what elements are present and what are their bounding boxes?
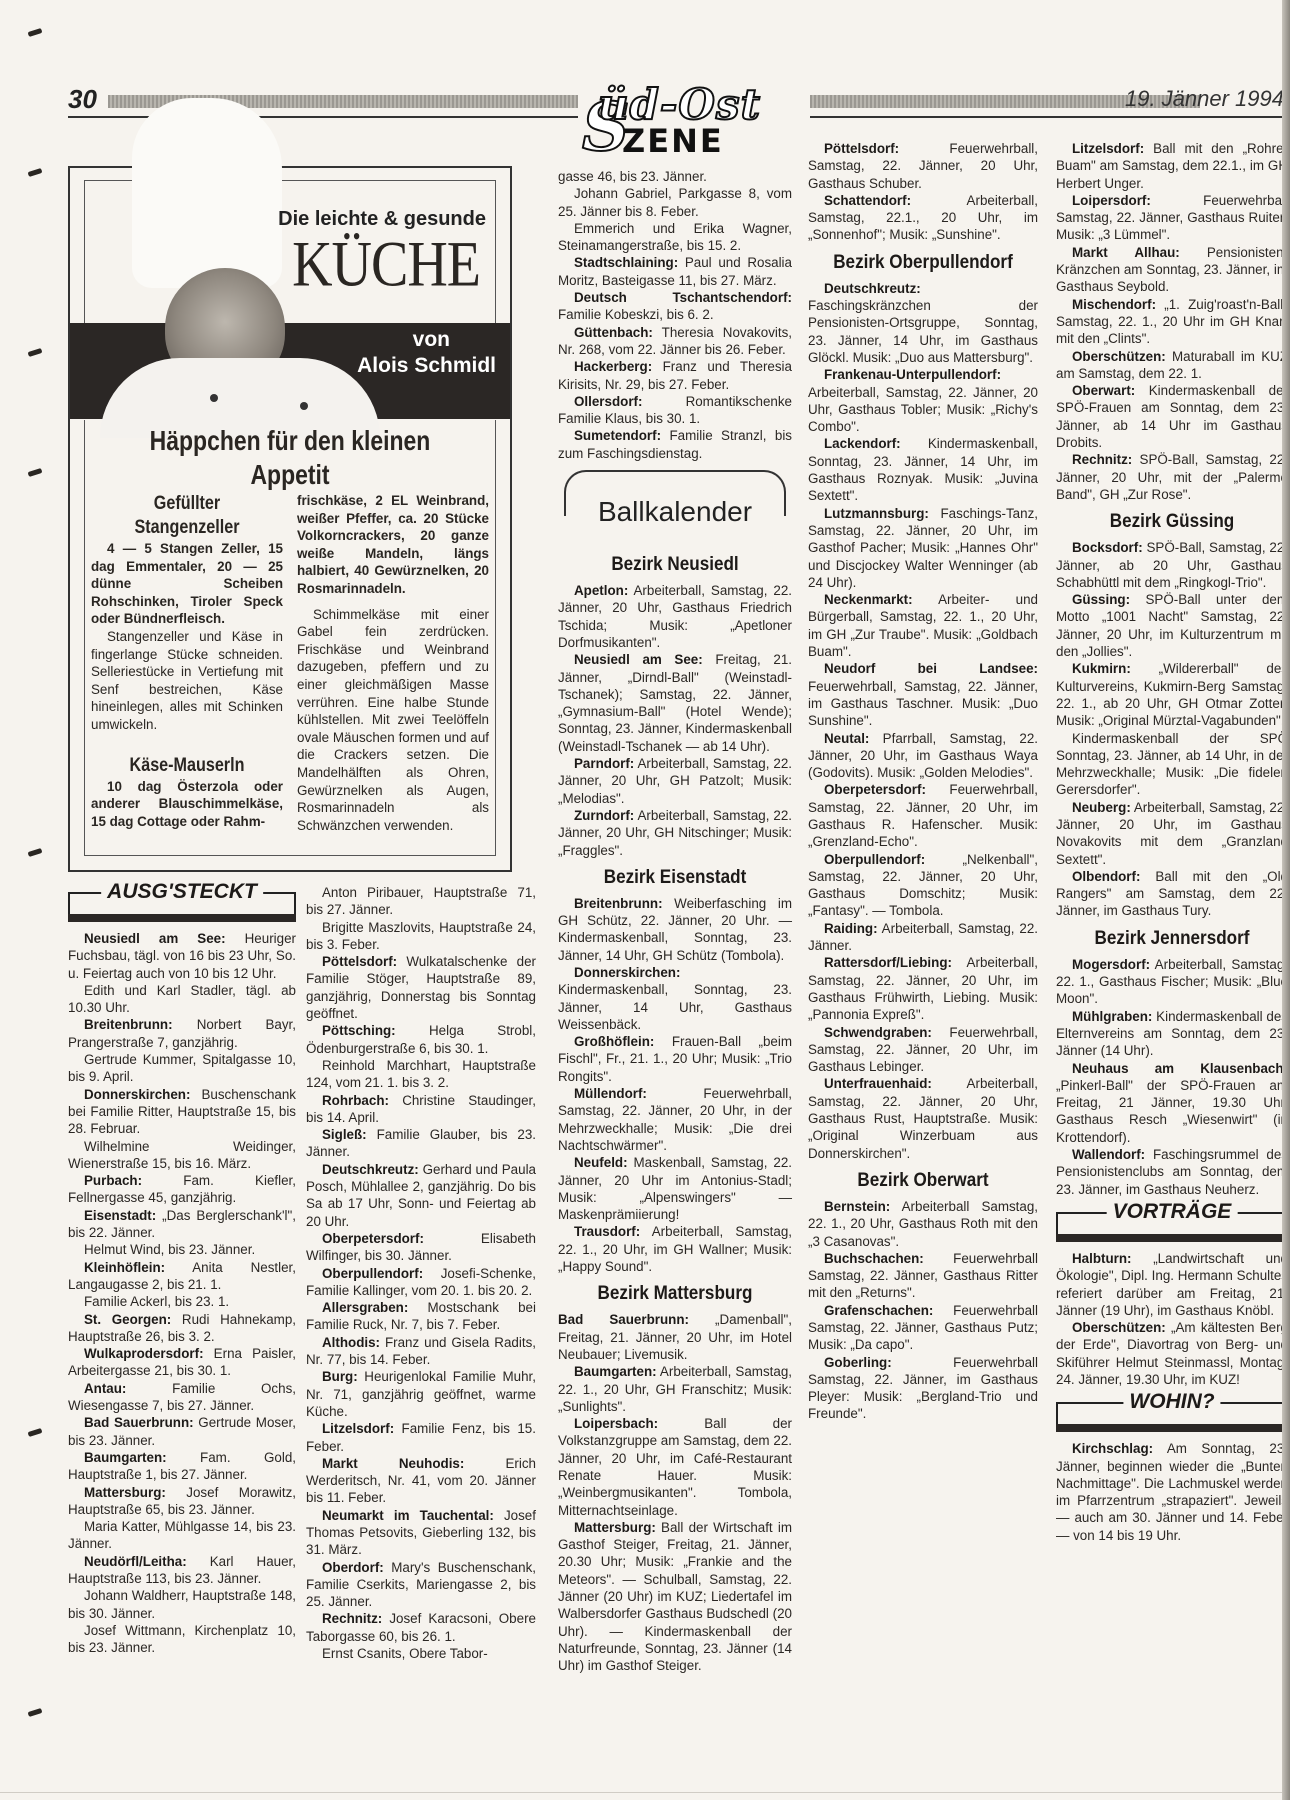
dish-ingredients: 10 dag Österzola oder anderer Blauschimm… — [91, 778, 283, 831]
listing-place: Rohrbach: — [322, 1093, 389, 1108]
dish-ingredients: 4 — 5 Stangen Zeller, 15 dag Emmentaler,… — [91, 540, 283, 628]
listing-place: Bernstein: — [824, 1199, 890, 1214]
listing-entry: Ernst Csanits, Obere Tabor- — [306, 1645, 536, 1662]
listing-place: Markt Allhau: — [1072, 245, 1180, 260]
recipe-column-1: Gefüllter Stangenzeller 4 — 5 Stangen Ze… — [91, 492, 283, 834]
listing-entry: Anton Piribauer, Hauptstraße 71, bis 27.… — [306, 884, 536, 919]
listing-place: Unterfrauenhaid: — [824, 1076, 932, 1091]
listing-place: Baumgarten: — [84, 1450, 167, 1465]
listing-place: Deutschkreutz: — [824, 281, 921, 296]
listing-place: Oberwart: — [1072, 383, 1135, 398]
listing-place: Großhöflein: — [574, 1034, 654, 1049]
listing-text: Ball der Wirtschaft im Gasthof Steiger, … — [558, 1520, 792, 1673]
listing-entry: Neusiedl am See: Freitag, 21. Jänner, „D… — [558, 651, 792, 755]
listing-place: Burg: — [322, 1369, 358, 1384]
listing-place: Buchschachen: — [824, 1251, 924, 1266]
listing-place: Kleinhöflein: — [84, 1260, 165, 1275]
binder-hole-mark — [28, 1428, 43, 1437]
listing-entry: Oberpullendorf: Josefi-Schenke, Familie … — [306, 1265, 536, 1300]
section-heading-ausgsteckt: AUSG'STECKT — [68, 882, 296, 922]
listing-place: Rechnitz: — [322, 1611, 382, 1626]
listing-place: Deutschkreutz: — [322, 1162, 419, 1177]
listing-entry: Schwendgraben: Feuerwehrball, Samstag, 2… — [808, 1024, 1038, 1076]
listing-place: Goberling: — [824, 1355, 892, 1370]
listing-text: „Pinkerl-Ball" der SPÖ-Frauen am Freitag… — [1056, 1078, 1288, 1145]
listing-place: Kirchschlag: — [1072, 1441, 1153, 1456]
listing-text: Am Sonntag, 23. Jänner, beginnen wieder … — [1056, 1441, 1288, 1542]
listing-entry: Eisenstadt: „Das Berglerschank'l", bis 2… — [68, 1207, 296, 1242]
district-heading: Bezirk Neusiedl — [570, 552, 781, 578]
listing-place: Deutsch Tschantschendorf: — [574, 290, 792, 305]
listing-entry: Burg: Heurigenlokal Familie Muhr, Nr. 71… — [306, 1368, 536, 1420]
listing-entry: Mischendorf: „1. Zuig'roast'n-Ball" Sams… — [1056, 296, 1288, 348]
binder-hole-mark — [28, 168, 43, 177]
listing-place: Raiding: — [824, 921, 878, 936]
listing-entry: Litzelsdorf: Familie Fenz, bis 15. Feber… — [306, 1420, 536, 1455]
listing-place: Mogersdorf: — [1072, 957, 1150, 972]
listing-place: Donnerskirchen: — [84, 1087, 190, 1102]
listing-place: Neusiedl am See: — [574, 652, 703, 667]
listing-entry: Unterfrauenhaid: Arbeiterball, Samstag, … — [808, 1075, 1038, 1161]
listing-entry: Raiding: Arbeiterball, Samstag, 22. Jänn… — [808, 920, 1038, 955]
listing-entry: Oberpetersdorf: Feuerwehrball, Samstag, … — [808, 781, 1038, 850]
section-heading-wohin: WOHIN? — [1056, 1392, 1288, 1432]
listing-text: Helmut Wind, bis 23. Jänner. — [84, 1242, 255, 1257]
listing-entry: Lutzmannsburg: Faschings-Tanz, Samstag, … — [808, 505, 1038, 591]
header-rule-left — [68, 116, 578, 118]
listing-place: Wallendorf: — [1072, 1147, 1145, 1162]
recipe-body: Häppchen für den kleinen Appetit Gefüllt… — [84, 420, 496, 856]
listing-text: Kindermaskenball der SPÖ Sonntag, 23. Jä… — [1056, 731, 1288, 798]
listing-text: Emmerich und Erika Wagner, Steinamangers… — [558, 221, 792, 253]
issue-date: 19. Jänner 1994 — [1125, 86, 1284, 112]
listing-place: Loipersbach: — [574, 1416, 658, 1431]
listing-text: Johann Waldherr, Hauptstraße 148, bis 30… — [68, 1588, 296, 1620]
listing-entry: Neumarkt im Tauchental: Josef Thomas Pet… — [306, 1507, 536, 1559]
page-binding-edge — [1282, 0, 1290, 1800]
listing-place: Müllendorf: — [574, 1086, 647, 1101]
recipe-column-2: frischkäse, 2 EL Weinbrand, weißer Pfeff… — [297, 492, 489, 834]
coat-button — [300, 402, 308, 410]
listing-entry: Neuberg: Arbeiterball, Samstag, 22. Jänn… — [1056, 799, 1288, 868]
listing-entry: Neckenmarkt: Arbeiter- und Bürgerball, S… — [808, 591, 1038, 660]
listing-place: Schwendgraben: — [824, 1025, 932, 1040]
listing-place: Mühlgraben: — [1072, 1009, 1152, 1024]
page-bottom-edge — [0, 1792, 1290, 1793]
listing-place: Antau: — [84, 1381, 126, 1396]
listing-place: Neudorf bei Landsee: — [824, 661, 1038, 676]
listing-entry: Rohrbach: Christine Staudinger, bis 14. … — [306, 1092, 536, 1127]
listing-entry: Bad Sauerbrunn: „Damenball", Freitag, 21… — [558, 1311, 792, 1363]
listing-text: Wilhelmine Weidinger, Wienerstraße 15, b… — [68, 1139, 296, 1171]
listing-entry: Neuhaus am Klausenbach: „Pinkerl-Ball" d… — [1056, 1060, 1288, 1146]
listing-entry: Donnerskirchen: Kindermaskenball, Sonnta… — [558, 964, 792, 1033]
section-heading-vortraege: VORTRÄGE — [1056, 1202, 1288, 1242]
column-4: Pöttelsdorf: Feuerwehrball, Samstag, 22.… — [808, 140, 1038, 1423]
district-heading: Bezirk Oberwart — [820, 1168, 1027, 1194]
listing-entry: Schattendorf: Arbeiterball, Samstag, 22.… — [808, 192, 1038, 244]
listing-entry: Oberwart: Kindermaskenball der SPÖ-Fraue… — [1056, 382, 1288, 451]
column-3: gasse 46, bis 23. Jänner.Johann Gabriel,… — [558, 168, 792, 1675]
listing-entry: Baumgarten: Arbeiterball, Samstag, 22. 1… — [558, 1363, 792, 1415]
listing-place: Ollersdorf: — [574, 394, 642, 409]
listing-place: Neumarkt im Tauchental: — [322, 1508, 494, 1523]
listing-entry: Parndorf: Arbeiterball, Samstag, 22. Jän… — [558, 755, 792, 807]
listing-place: Markt Neuhodis: — [322, 1456, 464, 1471]
listing-place: Mischendorf: — [1072, 297, 1156, 312]
listing-entry: Deutschkreutz: Faschingskränzchen der Pe… — [808, 280, 1038, 366]
recipe-box: Die leichte & gesunde KÜCHE von Alois Sc… — [68, 166, 512, 872]
listing-place: Kukmirn: — [1072, 661, 1131, 676]
district-heading: Bezirk Eisenstadt — [570, 865, 781, 891]
listing-entry: Halbturn: „Landwirtschaft und Ökologie",… — [1056, 1250, 1288, 1319]
listing-entry: Oberschützen: Maturaball im KUZ am Samst… — [1056, 348, 1288, 383]
listing-place: Allersgraben: — [322, 1300, 408, 1315]
dish-ingredients: frischkäse, 2 EL Weinbrand, weißer Pfeff… — [297, 492, 489, 598]
listing-entry: Zurndorf: Arbeiterball, Samstag, 22. Jän… — [558, 807, 792, 859]
listing-text: Kindermaskenball, Sonntag, 23. Jänner, 1… — [558, 982, 792, 1032]
listing-entry: Pöttelsdorf: Feuerwehrball, Samstag, 22.… — [808, 140, 1038, 192]
listing-entry: Oberdorf: Mary's Buschenschank, Familie … — [306, 1559, 536, 1611]
listing-place: Neusiedl am See: — [84, 931, 226, 946]
listing-place: Oberpetersdorf: — [322, 1231, 424, 1246]
listing-entry: Gertrude Kummer, Spitalgasse 10, bis 9. … — [68, 1051, 296, 1086]
listing-place: Schattendorf: — [824, 193, 911, 208]
listing-place: Apetlon: — [574, 583, 628, 598]
listing-entry: Pöttelsdorf: Wulkatalschenke der Familie… — [306, 953, 536, 1022]
listing-entry: Kindermaskenball der SPÖ Sonntag, 23. Jä… — [1056, 730, 1288, 799]
listing-entry: Lackendorf: Kindermaskenball, Sonntag, 2… — [808, 435, 1038, 504]
recipe-section-title: KÜCHE — [292, 228, 480, 302]
ballkalender-title: Ballkalender — [560, 496, 790, 528]
listing-place: Pöttsching: — [322, 1023, 396, 1038]
listing-place: Oberschützen: — [1072, 1320, 1166, 1335]
district-heading: Bezirk Jennersdorf — [1068, 926, 1277, 952]
listing-entry: Emmerich und Erika Wagner, Steinamangers… — [558, 220, 792, 255]
listing-place: Güssing: — [1072, 592, 1130, 607]
listing-entry: Großhöflein: Frauen-Ball „beim Fischl", … — [558, 1033, 792, 1085]
listing-entry: Kleinhöflein: Anita Nestler, Langaugasse… — [68, 1259, 296, 1294]
listing-place: Neutal: — [824, 731, 869, 746]
listing-entry: Güttenbach: Theresia Novakovits, Nr. 268… — [558, 324, 792, 359]
listing-text: Familie Ackerl, bis 23. 1. — [84, 1294, 229, 1309]
listing-entry: Bernstein: Arbeiterball Samstag, 22. 1.,… — [808, 1198, 1038, 1250]
dish-method: Schimmelkäse mit einer Gabel fein zerdrü… — [297, 606, 489, 835]
page-number: 30 — [68, 84, 97, 115]
binder-hole-mark — [28, 468, 43, 477]
listing-place: Neuhaus am Klausenbach: — [1072, 1061, 1288, 1076]
listing-entry: Antau: Familie Ochs, Wiesengasse 7, bis … — [68, 1380, 296, 1415]
listing-place: Zurndorf: — [574, 808, 634, 823]
listing-place: Frankenau-Unterpullendorf: — [824, 367, 1001, 382]
listing-entry: Rechnitz: Josef Karacsoni, Obere Taborga… — [306, 1610, 536, 1645]
listing-entry: Neudorf bei Landsee: Feuerwehrball, Sams… — [808, 660, 1038, 729]
listing-entry: Deutschkreutz: Gerhard und Paula Posch, … — [306, 1161, 536, 1230]
listing-place: Olbendorf: — [1072, 869, 1140, 884]
header-rule-right — [810, 116, 1290, 118]
listing-entry: Baumgarten: Fam. Gold, Hauptstraße 1, bi… — [68, 1449, 296, 1484]
listing-entry: Purbach: Fam. Kiefler, Fellnergasse 45, … — [68, 1172, 296, 1207]
listing-entry: Mogersdorf: Arbeiterball, Samstag, 22. 1… — [1056, 956, 1288, 1008]
listing-text: Ernst Csanits, Obere Tabor- — [322, 1646, 488, 1661]
listing-place: Mattersburg: — [84, 1485, 166, 1500]
listing-entry: Neusiedl am See: Heuriger Fuchsbau, tägl… — [68, 930, 296, 982]
ballkalender-heading: Ballkalender — [560, 466, 790, 546]
listing-place: Parndorf: — [574, 756, 634, 771]
listing-entry: gasse 46, bis 23. Jänner. — [558, 168, 792, 185]
listing-entry: Neudörfl/Leitha: Karl Hauer, Hauptstraße… — [68, 1553, 296, 1588]
listing-entry: Loipersbach: Ball der Volkstanzgruppe am… — [558, 1415, 792, 1519]
listing-place: Oberpullendorf: — [824, 852, 925, 867]
listing-text: Josef Wittmann, Kirchenplatz 10, bis 23.… — [68, 1623, 296, 1655]
listing-entry: Apetlon: Arbeiterball, Samstag, 22. Jänn… — [558, 582, 792, 651]
section-heading-label: WOHIN? — [1123, 1390, 1220, 1414]
listing-entry: Hackerberg: Franz und Theresia Kirisits,… — [558, 358, 792, 393]
binder-hole-mark — [28, 1708, 43, 1717]
listing-entry: Mattersburg: Ball der Wirtschaft im Gast… — [558, 1519, 792, 1675]
listing-entry: Sigleß: Familie Glauber, bis 23. Jänner. — [306, 1126, 536, 1161]
listing-entry: Johann Waldherr, Hauptstraße 148, bis 30… — [68, 1587, 296, 1622]
listing-entry: Johann Gabriel, Parkgasse 8, vom 25. Jän… — [558, 185, 792, 220]
binder-hole-mark — [28, 28, 43, 37]
listing-entry: Olbendorf: Ball mit den „Old Rangers" am… — [1056, 868, 1288, 920]
district-heading: Bezirk Oberpullendorf — [820, 250, 1027, 276]
listing-entry: Neufeld: Maskenball, Samstag, 22. Jänner… — [558, 1154, 792, 1223]
listing-text: Arbeiterball, Samstag, 22. Jänner, 20 Uh… — [808, 385, 1038, 435]
listing-entry: St. Georgen: Rudi Hahnekamp, Hauptstraße… — [68, 1311, 296, 1346]
listing-text: Anton Piribauer, Hauptstraße 71, bis 27.… — [306, 885, 536, 917]
listing-text: gasse 46, bis 23. Jänner. — [558, 169, 707, 184]
listing-entry: Reinhold Marchhart, Hauptstraße 124, vom… — [306, 1057, 536, 1092]
binder-hole-mark — [28, 848, 43, 857]
listing-entry: Trausdorf: Arbeiterball, Samstag, 22. 1.… — [558, 1223, 792, 1275]
listing-place: Bad Sauerbrunn: — [558, 1312, 689, 1327]
listing-text: Maria Katter, Mühlgasse 14, bis 23. Jänn… — [68, 1519, 296, 1551]
listing-place: Sumetendorf: — [574, 428, 661, 443]
ausgsteckt-column-2: Anton Piribauer, Hauptstraße 71, bis 27.… — [306, 884, 536, 1662]
listing-entry: Bocksdorf: SPÖ-Ball, Samstag, 22. Jänner… — [1056, 539, 1288, 591]
listing-text: Feuerwehrball, Samstag, 22. Jänner, im G… — [808, 679, 1038, 729]
chef-hat-image — [132, 98, 282, 288]
listing-entry: Neutal: Pfarrball, Samstag, 22. Jänner, … — [808, 730, 1038, 782]
ausgsteckt-column-1: AUSG'STECKT Neusiedl am See: Heuriger Fu… — [68, 878, 296, 1656]
listing-entry: Mühlgraben: Kindermaskenball des Elternv… — [1056, 1008, 1288, 1060]
listing-place: Halbturn: — [1072, 1251, 1132, 1266]
listing-place: Oberdorf: — [322, 1560, 384, 1575]
dish-title: Käse-Mauserln — [105, 754, 268, 778]
listing-entry: Mattersburg: Josef Morawitz, Hauptstraße… — [68, 1484, 296, 1519]
listing-place: Neudörfl/Leitha: — [84, 1554, 187, 1569]
listing-entry: Breitenbrunn: Weiberfasching im GH Schüt… — [558, 895, 792, 964]
dish-method: Stangenzeller und Käse in fingerlange St… — [91, 628, 283, 734]
byline-von: von — [413, 328, 450, 352]
district-heading: Bezirk Mattersburg — [570, 1281, 781, 1307]
listing-entry: Frankenau-Unterpullendorf: Arbeiterball,… — [808, 366, 1038, 435]
listing-place: Lackendorf: — [824, 436, 901, 451]
listing-entry: Müllendorf: Feuerwehrball, Samstag, 22. … — [558, 1085, 792, 1154]
binder-hole-mark — [28, 348, 43, 357]
listing-place: Breitenbrunn: — [574, 896, 663, 911]
listing-entry: Sumetendorf: Familie Stranzl, bis zum Fa… — [558, 427, 792, 462]
listing-entry: Kirchschlag: Am Sonntag, 23. Jänner, beg… — [1056, 1440, 1288, 1544]
listing-place: Pöttelsdorf: — [322, 954, 397, 969]
listing-entry: Markt Neuhodis: Erich Werderitsch, Nr. 4… — [306, 1455, 536, 1507]
listing-entry: Rattersdorf/Liebing: Arbeiterball, Samst… — [808, 954, 1038, 1023]
sued-ost-szene-logo: S üd-Ost ZENE — [582, 80, 782, 158]
listing-entry: Deutsch Tschantschendorf: Familie Kobesk… — [558, 289, 792, 324]
listing-place: Grafenschachen: — [824, 1303, 933, 1318]
listing-text: Reinhold Marchhart, Hauptstraße 124, vom… — [306, 1058, 536, 1090]
listing-place: Güttenbach: — [574, 325, 653, 340]
listing-place: Stadtschlaining: — [574, 255, 678, 270]
listing-entry: Buchschachen: Feuerwehrball Samstag, 22.… — [808, 1250, 1038, 1302]
listing-entry: Oberpullendorf: „Nelkenball", Samstag, 2… — [808, 851, 1038, 920]
listing-entry: Oberpetersdorf: Elisabeth Wilfinger, bis… — [306, 1230, 536, 1265]
listing-place: Rattersdorf/Liebing: — [824, 955, 952, 970]
listing-place: Purbach: — [84, 1173, 142, 1188]
listing-place: Wulkaprodersdorf: — [84, 1346, 204, 1361]
listing-place: Baumgarten: — [574, 1364, 657, 1379]
listing-place: Loipersdorf: — [1072, 193, 1151, 208]
listing-entry: Goberling: Feuerwehrball Samstag, 22. Jä… — [808, 1354, 1038, 1423]
listing-entry: Donnerskirchen: Buschenschank bei Famili… — [68, 1086, 296, 1138]
listing-text: Familie Kobeskzi, bis 6. 2. — [558, 307, 714, 322]
listing-place: Oberpullendorf: — [322, 1266, 423, 1281]
listing-entry: Markt Allhau: Pensionisten-Kränzchen am … — [1056, 244, 1288, 296]
listing-place: Oberschützen: — [1072, 349, 1166, 364]
listing-entry: Rechnitz: SPÖ-Ball, Samstag, 22. Jänner,… — [1056, 451, 1288, 503]
listing-entry: Wilhelmine Weidinger, Wienerstraße 15, b… — [68, 1138, 296, 1173]
listing-entry: Familie Ackerl, bis 23. 1. — [68, 1293, 296, 1310]
listing-place: Althodis: — [322, 1335, 380, 1350]
listing-place: St. Georgen: — [84, 1312, 171, 1327]
listing-place: Neufeld: — [574, 1155, 628, 1170]
listing-place: Neuberg: — [1072, 800, 1131, 815]
listing-entry: Wallendorf: Faschingsrummel des Pensioni… — [1056, 1146, 1288, 1198]
listing-place: Hackerberg: — [574, 359, 652, 374]
listing-text: Johann Gabriel, Parkgasse 8, vom 25. Jän… — [558, 186, 792, 218]
listing-entry: Maria Katter, Mühlgasse 14, bis 23. Jänn… — [68, 1518, 296, 1553]
listing-entry: Güssing: SPÖ-Ball unter dem Motto „1001 … — [1056, 591, 1288, 660]
listing-place: Pöttelsdorf: — [824, 141, 899, 156]
listing-place: Breitenbrunn: — [84, 1017, 173, 1032]
listing-entry: Josef Wittmann, Kirchenplatz 10, bis 23.… — [68, 1622, 296, 1657]
listing-entry: Grafenschachen: Feuerwehrball Samstag, 2… — [808, 1302, 1038, 1354]
listing-entry: Allersgraben: Mostschank bei Familie Ruc… — [306, 1299, 536, 1334]
listing-place: Bocksdorf: — [1072, 540, 1143, 555]
listing-entry: Wulkaprodersdorf: Erna Paisler, Arbeiter… — [68, 1345, 296, 1380]
listing-entry: Pöttsching: Helga Strobl, Ödenburgerstra… — [306, 1022, 536, 1057]
section-heading-label: VORTRÄGE — [1107, 1200, 1238, 1224]
listing-entry: Kukmirn: „Wildererball" des Kulturverein… — [1056, 660, 1288, 729]
listing-place: Eisenstadt: — [84, 1208, 156, 1223]
column-5: Litzelsdorf: Ball mit den „Rohrer Buam" … — [1056, 140, 1288, 1544]
listing-text: Freitag, 21. Jänner, „Dirndl-Ball" (Wein… — [558, 652, 792, 753]
listing-place: Litzelsdorf: — [1072, 141, 1144, 156]
listing-place: Oberpetersdorf: — [824, 782, 926, 797]
listing-place: Neckenmarkt: — [824, 592, 913, 607]
newspaper-page: 30 19. Jänner 1994 S üd-Ost ZENE Die lei… — [0, 0, 1290, 1800]
section-heading-label: AUSG'STECKT — [101, 880, 263, 904]
listing-entry: Litzelsdorf: Ball mit den „Rohrer Buam" … — [1056, 140, 1288, 192]
listing-entry: Ollersdorf: Romantikschenke Familie Klau… — [558, 393, 792, 428]
listing-place: Lutzmannsburg: — [824, 506, 929, 521]
listing-entry: Stadtschlaining: Paul und Rosalia Moritz… — [558, 254, 792, 289]
listing-place: Litzelsdorf: — [322, 1421, 394, 1436]
district-heading: Bezirk Güssing — [1068, 509, 1277, 535]
listing-entry: Breitenbrunn: Norbert Bayr, Prangerstraß… — [68, 1016, 296, 1051]
listing-entry: Brigitte Maszlovits, Hauptstraße 24, bis… — [306, 919, 536, 954]
dish-title: Gefüllter Stangenzeller — [105, 492, 268, 540]
listing-place: Rechnitz: — [1072, 452, 1132, 467]
listing-place: Bad Sauerbrunn: — [84, 1415, 194, 1430]
logo-bottom: ZENE — [622, 122, 724, 160]
recipe-headline: Häppchen für den kleinen Appetit — [127, 424, 453, 492]
listing-entry: Oberschützen: „Am kältesten Berg der Erd… — [1056, 1319, 1288, 1388]
listing-entry: Helmut Wind, bis 23. Jänner. — [68, 1241, 296, 1258]
listing-text: Ball der Volkstanzgruppe am Samstag, dem… — [558, 1416, 792, 1517]
listing-entry: Althodis: Franz und Gisela Radits, Nr. 7… — [306, 1334, 536, 1369]
listing-entry: Bad Sauerbrunn: Gertrude Moser, bis 23. … — [68, 1414, 296, 1449]
listing-place: Trausdorf: — [574, 1224, 640, 1239]
listing-text: Brigitte Maszlovits, Hauptstraße 24, bis… — [306, 920, 536, 952]
listing-place: Mattersburg: — [574, 1520, 656, 1535]
listing-entry: Edith und Karl Stadler, tägl. ab 10.30 U… — [68, 982, 296, 1017]
listing-text: Gertrude Kummer, Spitalgasse 10, bis 9. … — [68, 1052, 296, 1084]
listing-entry: Loipersdorf: Feuerwehrball Samstag, 22. … — [1056, 192, 1288, 244]
listing-place: Donnerskirchen: — [574, 965, 680, 980]
listing-text: Edith und Karl Stadler, tägl. ab 10.30 U… — [68, 983, 296, 1015]
byline-author: Alois Schmidl — [357, 354, 496, 378]
listing-place: Sigleß: — [322, 1127, 367, 1142]
listing-text: Faschingskränzchen der Pensionisten-Orts… — [808, 298, 1038, 365]
coat-button — [210, 394, 218, 402]
